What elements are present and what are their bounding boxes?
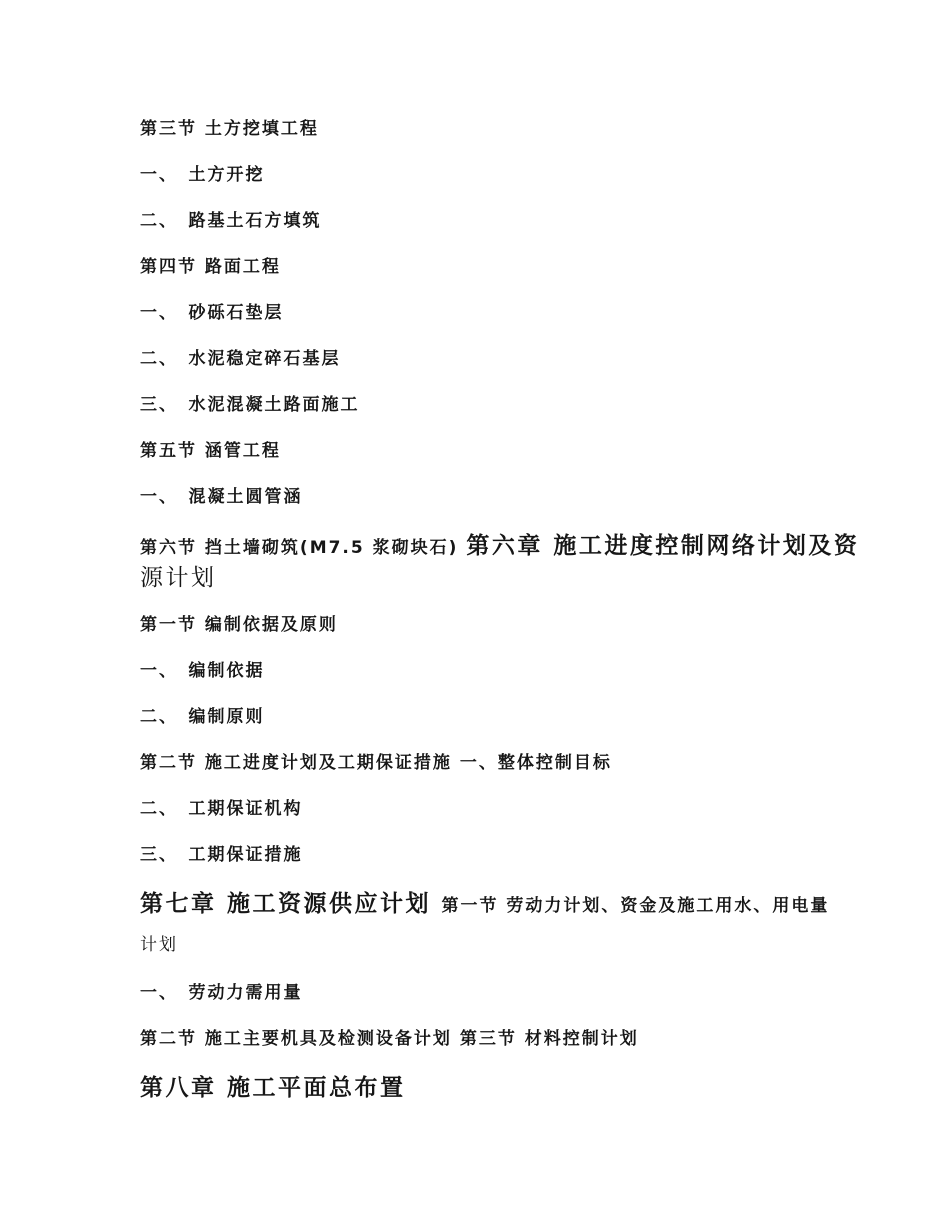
text-segment: 三、 工期保证措施 <box>140 845 303 865</box>
doc-line: 一、 混凝土圆管涵 <box>140 485 865 509</box>
text-segment: 第三节 土方挖填工程 <box>140 119 319 139</box>
doc-line: 第二节 施工主要机具及检测设备计划 第三节 材料控制计划 <box>140 1027 865 1051</box>
text-segment: 第六节 挡土墙砌筑(M7.5 浆砌块石) <box>140 538 466 558</box>
text-segment: 第六章 施工进度控制网络计划及资 <box>466 533 859 559</box>
text-segment: 第一节 劳动力计划、资金及施工用水、用电量 <box>442 896 830 916</box>
doc-line: 第五节 涵管工程 <box>140 439 865 463</box>
text-segment: 第四节 路面工程 <box>140 257 281 277</box>
doc-line: 第六节 挡土墙砌筑(M7.5 浆砌块石) 第六章 施工进度控制网络计划及资 <box>140 531 865 563</box>
text-segment: 第二节 施工主要机具及检测设备计划 第三节 材料控制计划 <box>140 1029 639 1049</box>
doc-line: 二、 路基土石方填筑 <box>140 209 865 233</box>
text-segment: 源计划 <box>140 565 217 591</box>
text-segment: 二、 路基土石方填筑 <box>140 211 322 231</box>
text-segment: 一、 混凝土圆管涵 <box>140 487 303 507</box>
doc-line: 二、 编制原则 <box>140 705 865 729</box>
text-segment: 第一节 编制依据及原则 <box>140 615 338 635</box>
text-segment: 一、 砂砾石垫层 <box>140 303 284 323</box>
text-segment: 计划 <box>140 935 178 955</box>
text-segment: 二、 水泥稳定碎石基层 <box>140 349 341 369</box>
doc-line: 第一节 编制依据及原则 <box>140 613 865 637</box>
text-segment: 第二节 施工进度计划及工期保证措施 一、整体控制目标 <box>140 753 612 773</box>
doc-line: 二、 工期保证机构 <box>140 797 865 821</box>
doc-line: 第七章 施工资源供应计划 第一节 劳动力计划、资金及施工用水、用电量 <box>140 889 865 921</box>
text-segment: 一、 土方开挖 <box>140 165 265 185</box>
doc-line: 计划 <box>140 933 865 957</box>
doc-line: 第四节 路面工程 <box>140 255 865 279</box>
text-segment: 三、 水泥混凝土路面施工 <box>140 395 360 415</box>
doc-line: 第二节 施工进度计划及工期保证措施 一、整体控制目标 <box>140 751 865 775</box>
text-segment: 第八章 施工平面总布置 <box>140 1075 406 1101</box>
doc-line: 三、 工期保证措施 <box>140 843 865 867</box>
text-segment: 第五节 涵管工程 <box>140 441 281 461</box>
doc-line: 一、 编制依据 <box>140 659 865 683</box>
text-segment: 一、 劳动力需用量 <box>140 983 303 1003</box>
doc-line: 二、 水泥稳定碎石基层 <box>140 347 865 371</box>
doc-line: 第三节 土方挖填工程 <box>140 117 865 141</box>
doc-line: 一、 砂砾石垫层 <box>140 301 865 325</box>
text-segment: 二、 编制原则 <box>140 707 265 727</box>
text-segment: 第七章 施工资源供应计划 <box>140 891 442 917</box>
doc-line: 第八章 施工平面总布置 <box>140 1073 865 1105</box>
doc-line: 源计划 <box>140 563 865 595</box>
doc-line: 一、 土方开挖 <box>140 163 865 187</box>
text-segment: 一、 编制依据 <box>140 661 265 681</box>
doc-line: 一、 劳动力需用量 <box>140 981 865 1005</box>
doc-line: 三、 水泥混凝土路面施工 <box>140 393 865 417</box>
text-segment: 二、 工期保证机构 <box>140 799 303 819</box>
document-page: 第三节 土方挖填工程一、 土方开挖二、 路基土石方填筑第四节 路面工程一、 砂砾… <box>0 0 950 1105</box>
